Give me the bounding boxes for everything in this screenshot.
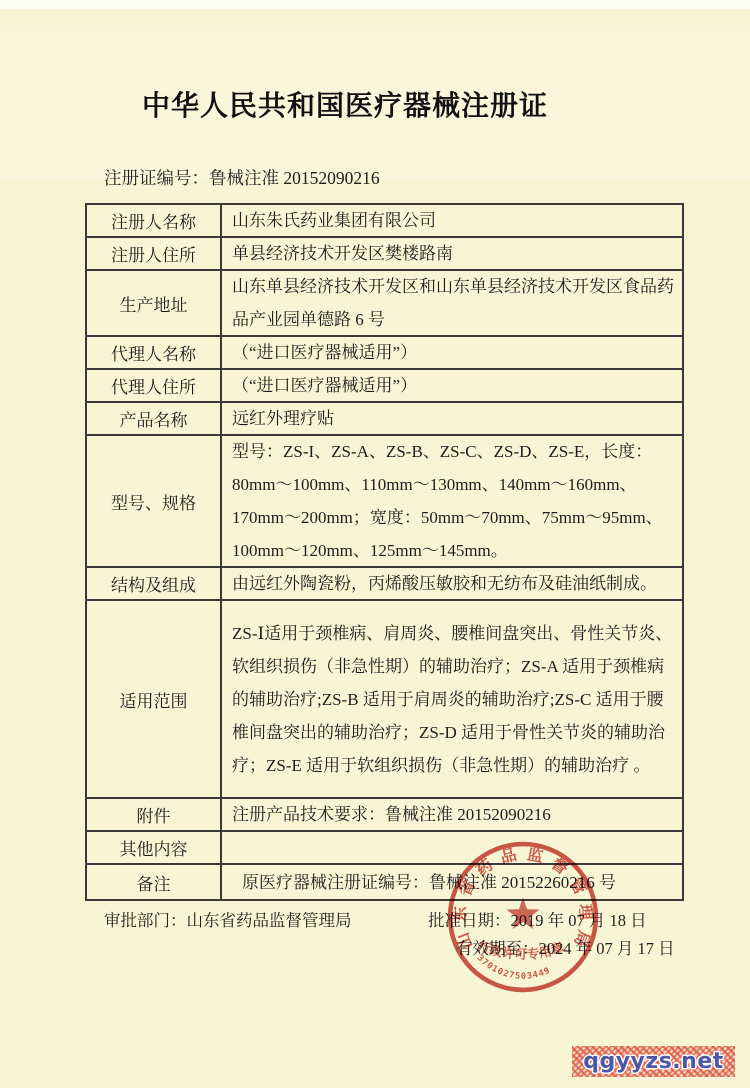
table-row: 代理人名称 （“进口医疗器械适用”） xyxy=(87,337,682,370)
row-value: 山东单县经济技术开发区和山东单县经济技术开发区食品药品产业园单德路 6 号 xyxy=(222,271,682,335)
approval-date: 批准日期：2019 年 07 月 18 日 xyxy=(428,907,647,931)
approval-department: 审批部门：山东省药品监督管理局 xyxy=(104,907,352,931)
row-value: 由远红外陶瓷粉，丙烯酸压敏胶和无纺布及硅油纸制成。 xyxy=(222,568,682,599)
row-label: 代理人住所 xyxy=(87,370,222,401)
approval-date-value: 2019 年 07 月 18 日 xyxy=(511,911,647,930)
approval-department-label: 审批部门： xyxy=(104,911,187,930)
page-title: 中华人民共和国医疗器械注册证 xyxy=(0,84,690,124)
table-row: 备注 原医疗器械注册证编号：鲁械注准 20152260216 号 xyxy=(87,865,682,899)
row-value xyxy=(222,832,682,863)
valid-until-label: 有效期至： xyxy=(456,939,539,958)
row-label: 代理人名称 xyxy=(87,337,222,368)
valid-until: 有效期至：2024 年 07 月 17 日 xyxy=(456,935,675,959)
watermark-text: qgyyzs.net xyxy=(583,1049,724,1074)
table-row: 结构及组成 由远红外陶瓷粉，丙烯酸压敏胶和无纺布及硅油纸制成。 xyxy=(87,568,682,601)
row-label: 其他内容 xyxy=(87,832,222,863)
row-label: 生产地址 xyxy=(87,271,222,335)
row-value: 注册产品技术要求：鲁械注准 20152090216 xyxy=(222,799,682,830)
table-row: 适用范围 ZS-Ⅰ适用于颈椎病、肩周炎、腰椎间盘突出、骨性关节炎、软组织损伤（非… xyxy=(87,601,682,799)
table-row: 代理人住所 （“进口医疗器械适用”） xyxy=(87,370,682,403)
row-label: 型号、规格 xyxy=(87,436,222,566)
table-row: 附件 注册产品技术要求：鲁械注准 20152090216 xyxy=(87,799,682,832)
valid-until-value: 2024 年 07 月 17 日 xyxy=(539,939,675,958)
approval-date-label: 批准日期： xyxy=(428,911,511,930)
approval-department-value: 山东省药品监督管理局 xyxy=(187,911,352,930)
row-label: 注册人住所 xyxy=(87,238,222,269)
row-label: 结构及组成 xyxy=(87,568,222,599)
row-label: 适用范围 xyxy=(87,601,222,797)
row-value: 远红外理疗贴 xyxy=(222,403,682,434)
watermark-badge: qgyyzs.net xyxy=(572,1046,735,1077)
registration-table: 注册人名称 山东朱氏药业集团有限公司 注册人住所 单县经济技术开发区樊楼路南 生… xyxy=(85,203,684,901)
certificate-page: 中华人民共和国医疗器械注册证 注册证编号：鲁械注准 20152090216 注册… xyxy=(0,0,750,1088)
cert-number-label: 注册证编号： xyxy=(104,168,209,188)
table-row: 生产地址 山东单县经济技术开发区和山东单县经济技术开发区食品药品产业园单德路 6… xyxy=(87,271,682,337)
cert-number-line: 注册证编号：鲁械注准 20152090216 xyxy=(104,165,380,190)
table-row: 产品名称 远红外理疗贴 xyxy=(87,403,682,436)
row-label: 产品名称 xyxy=(87,403,222,434)
row-value: 山东朱氏药业集团有限公司 xyxy=(222,205,682,236)
row-value: 原医疗器械注册证编号：鲁械注准 20152260216 号 xyxy=(222,865,682,899)
row-value: （“进口医疗器械适用”） xyxy=(222,370,682,401)
row-label: 备注 xyxy=(87,865,222,899)
row-label: 注册人名称 xyxy=(87,205,222,236)
row-value: 单县经济技术开发区樊楼路南 xyxy=(222,238,682,269)
row-label: 附件 xyxy=(87,799,222,830)
cert-number-value: 鲁械注准 20152090216 xyxy=(209,168,380,188)
table-row: 注册人住所 单县经济技术开发区樊楼路南 xyxy=(87,238,682,271)
table-row: 型号、规格 型号：ZS-I、ZS-A、ZS-B、ZS-C、ZS-D、ZS-E，长… xyxy=(87,436,682,568)
table-row: 其他内容 xyxy=(87,832,682,865)
row-value: ZS-Ⅰ适用于颈椎病、肩周炎、腰椎间盘突出、骨性关节炎、软组织损伤（非急性期）的… xyxy=(222,601,682,797)
row-value: （“进口医疗器械适用”） xyxy=(222,337,682,368)
scan-margin-top xyxy=(0,0,750,9)
row-value: 型号：ZS-I、ZS-A、ZS-B、ZS-C、ZS-D、ZS-E，长度：80mm… xyxy=(222,436,682,566)
table-row: 注册人名称 山东朱氏药业集团有限公司 xyxy=(87,205,682,238)
